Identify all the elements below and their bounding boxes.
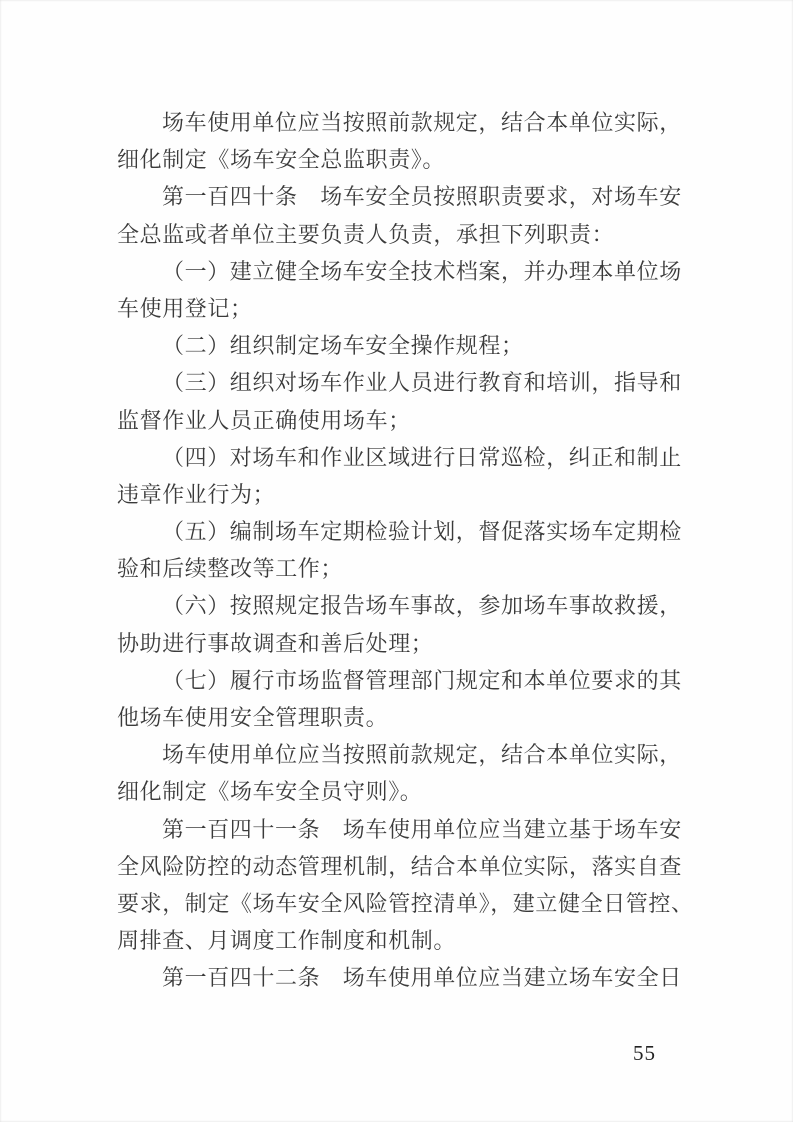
- text-line: 验和后续整改等工作；: [117, 550, 687, 587]
- page-number: 55: [633, 1041, 656, 1066]
- text-line: 违章作业行为；: [117, 476, 687, 513]
- text-line: 细化制定《场车安全总监职责》。: [117, 141, 687, 178]
- text-line: 协助进行事故调查和善后处理；: [117, 625, 687, 662]
- text-line: 全风险防控的动态管理机制，结合本单位实际，落实自查: [117, 848, 687, 885]
- text-line: （七）履行市场监督管理部门规定和本单位要求的其: [117, 662, 687, 699]
- text-line: （四）对场车和作业区域进行日常巡检，纠正和制止: [117, 439, 687, 476]
- document-body: 场车使用单位应当按照前款规定，结合本单位实际，细化制定《场车安全总监职责》。第一…: [117, 104, 687, 997]
- text-line: 细化制定《场车安全员守则》。: [117, 773, 687, 810]
- text-line: 场车使用单位应当按照前款规定，结合本单位实际，: [117, 736, 687, 773]
- text-line: （六）按照规定报告场车事故，参加场车事故救援，: [117, 587, 687, 624]
- text-line: 周排查、月调度工作制度和机制。: [117, 922, 687, 959]
- text-line: （五）编制场车定期检验计划，督促落实场车定期检: [117, 513, 687, 550]
- text-line: 场车使用单位应当按照前款规定，结合本单位实际，: [117, 104, 687, 141]
- text-line: 全总监或者单位主要负责人负责，承担下列职责：: [117, 216, 687, 253]
- text-line: 他场车使用安全管理职责。: [117, 699, 687, 736]
- text-line: 第一百四十条 场车安全员按照职责要求，对场车安: [117, 178, 687, 215]
- text-line: （一）建立健全场车安全技术档案，并办理本单位场: [117, 253, 687, 290]
- text-line: 监督作业人员正确使用场车；: [117, 402, 687, 439]
- text-line: （二）组织制定场车安全操作规程；: [117, 327, 687, 364]
- text-line: （三）组织对场车作业人员进行教育和培训，指导和: [117, 364, 687, 401]
- document-page: 场车使用单位应当按照前款规定，结合本单位实际，细化制定《场车安全总监职责》。第一…: [0, 0, 793, 1122]
- text-line: 第一百四十二条 场车使用单位应当建立场车安全日: [117, 959, 687, 996]
- text-line: 第一百四十一条 场车使用单位应当建立基于场车安: [117, 811, 687, 848]
- text-line: 要求，制定《场车安全风险管控清单》，建立健全日管控、: [117, 885, 687, 922]
- text-line: 车使用登记；: [117, 290, 687, 327]
